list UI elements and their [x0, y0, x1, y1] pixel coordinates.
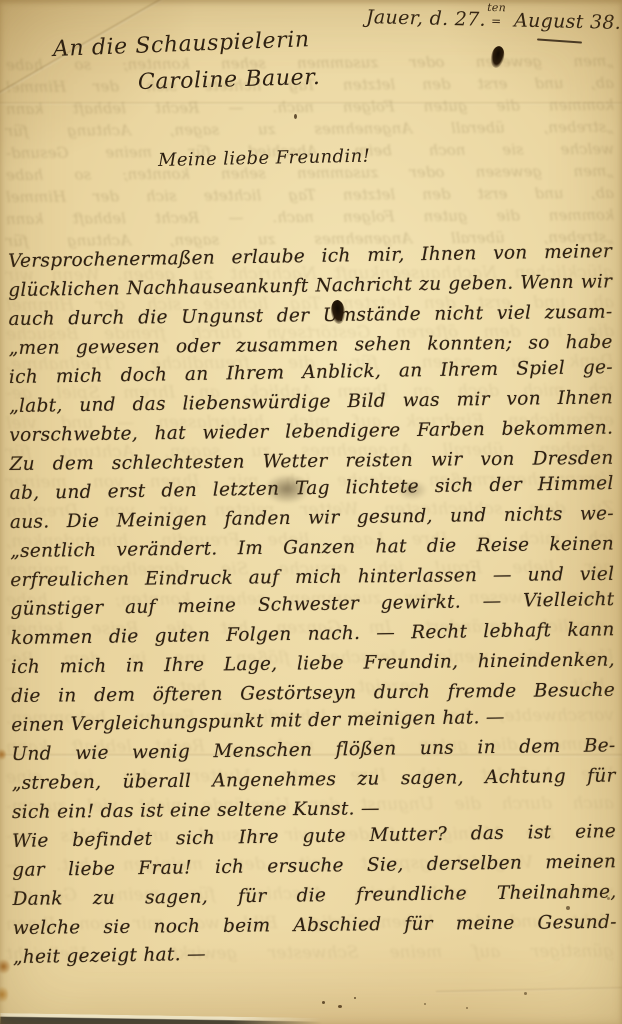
ink-speck: [566, 906, 570, 910]
dateline: Jauer, d. 27.ten= August 38.: [366, 6, 622, 34]
ink-flourish-underline: [537, 38, 582, 43]
dateline-month-year: August 38.: [514, 9, 621, 33]
dateline-ordinal-dash: =: [491, 15, 502, 27]
ink-speck: [294, 114, 297, 119]
ink-speck: [424, 1003, 426, 1005]
paper-crease: [436, 987, 622, 993]
edge-stain: [0, 748, 6, 761]
ink-speck: [466, 1007, 468, 1009]
paper-crease: [0, 102, 622, 105]
edge-stain: [0, 958, 10, 975]
bleedthrough-line: kommen die guten Folgen nach. — Recht le…: [6, 98, 614, 117]
ink-smudge: [396, 480, 428, 500]
dateline-ordinal-suffix: ten: [487, 2, 506, 13]
ink-speck: [546, 17, 549, 20]
bleedthrough-line: ab, und erst den letzten Tag lichtete si…: [6, 186, 614, 205]
dateline-ordinal: ten=: [487, 2, 506, 27]
letter-page: „men gewesen oder zusammen sehen konnten…: [0, 0, 622, 1024]
ink-speck: [607, 897, 610, 900]
recipient-line-2: Caroline Bauer.: [138, 65, 321, 95]
ink-blot: [489, 45, 506, 69]
dateline-place-day: Jauer, d. 27.: [366, 6, 486, 31]
recipient-line-1: An die Schauspielerin: [53, 27, 311, 62]
ink-speck: [338, 1005, 342, 1008]
bleedthrough-line: „streben, überall Angenehmes zu sagen, A…: [6, 120, 614, 139]
ink-speck: [524, 992, 527, 995]
salutation: Meine liebe Freundin!: [158, 146, 371, 171]
ink-smudge: [264, 474, 310, 504]
ink-speck: [322, 1001, 325, 1004]
scan-edge: [0, 1013, 322, 1024]
ink-speck: [354, 997, 356, 999]
edge-stain: [0, 985, 8, 1004]
bleedthrough-line: kommen die guten Folgen nach. — Recht le…: [6, 208, 614, 227]
letter-body: Versprochenermaßen erlaube ich mir, Ihne…: [8, 243, 617, 972]
